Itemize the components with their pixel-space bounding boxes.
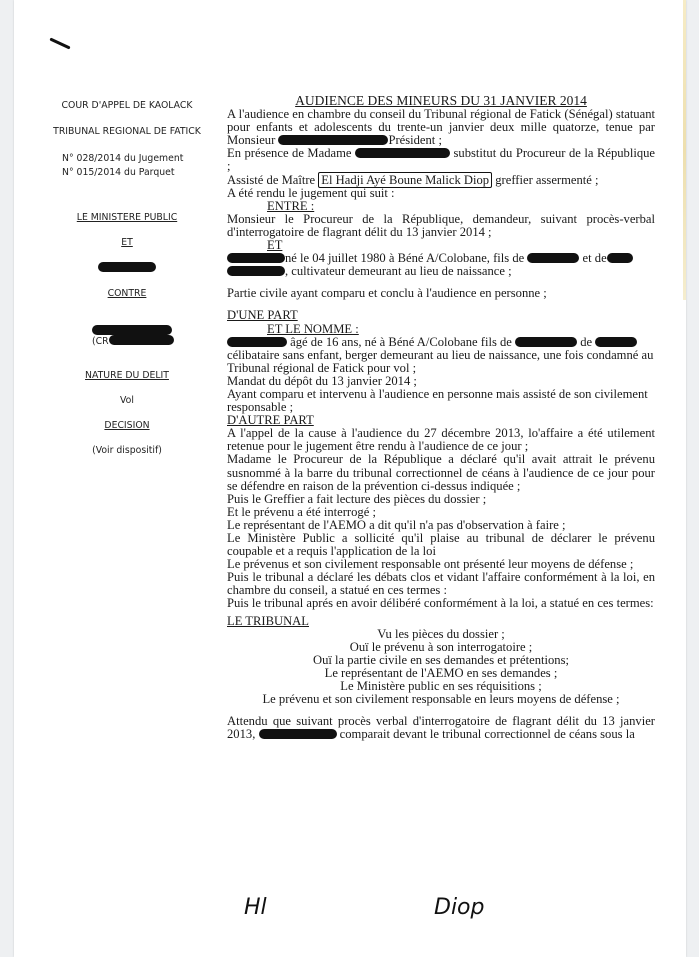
procedure-paragraph: Madame le Procureur de la République a d…	[227, 453, 655, 492]
document-page: COUR D'APPEL DE KAOLACK TRIBUNAL REGIONA…	[14, 0, 686, 957]
partie-civile-paragraph: né le 04 juillet 1980 à Béné A/Colobane,…	[227, 252, 655, 278]
prevenu-paragraph: âgé de 16 ans, né à Béné A/Colobane fils…	[227, 336, 655, 375]
redacted-defendant	[92, 325, 172, 335]
attendu-paragraph: Attendu que suivant procès verbal d'inte…	[227, 715, 655, 741]
procedure-paragraph: Puis le Greffier a fait lecture des pièc…	[227, 493, 655, 506]
consideration-line: Ouï le prévenu à son interrogatoire ;	[227, 641, 655, 654]
intro-paragraph: A l'audience en chambre du conseil du Tr…	[227, 108, 655, 147]
party-ministere-public: LE MINISTERE PUBLIC	[42, 212, 212, 223]
tribunal-considerations: Vu les pièces du dossier ;Ouï le prévenu…	[227, 628, 655, 707]
consideration-line: Vu les pièces du dossier ;	[227, 628, 655, 641]
entre-heading: ENTRE :	[227, 200, 655, 213]
decision-label: DECISION	[42, 420, 212, 431]
parquet-ref: N° 015/2014 du Parquet	[62, 166, 212, 180]
procedure-paragraph: Et le prévenu a été interrogé ;	[227, 506, 655, 519]
procedure-paragraph: Puis le tribunal aprés en avoir délibéré…	[227, 597, 655, 610]
case-sidebar: COUR D'APPEL DE KAOLACK TRIBUNAL REGIONA…	[42, 100, 212, 470]
jugement-ref: N° 028/2014 du Jugement	[62, 152, 212, 166]
procureur-paragraph: Monsieur le Procureur de la République, …	[227, 213, 655, 239]
signature-right: Diop	[434, 895, 484, 920]
decision-value: (Voir dispositif)	[42, 445, 212, 456]
greffier-paragraph: Assisté de Maître El Hadji Ayé Boune Mal…	[227, 174, 655, 187]
page-edge-stain	[683, 0, 686, 300]
procedure-paragraph: A l'appel de la cause à l'audience du 27…	[227, 427, 655, 453]
et-label: ET	[42, 237, 212, 248]
d-une-part: D'UNE PART	[227, 309, 655, 322]
comparu-paragraph: Ayant comparu et intervenu à l'audience …	[227, 388, 655, 414]
contre-label: CONTRE	[42, 288, 212, 299]
redacted-substitut	[355, 148, 450, 158]
pen-mark	[49, 37, 70, 49]
redacted-party	[98, 262, 156, 272]
procedure-paragraph: Le Ministère Public a sollicité qu'il pl…	[227, 532, 655, 558]
procedure-paragraphs: A l'appel de la cause à l'audience du 27…	[227, 427, 655, 610]
jugement-rendu: A été rendu le jugement qui suit :	[227, 187, 655, 200]
judgment-body: AUDIENCE DES MINEURS DU 31 JANVIER 2014 …	[227, 94, 655, 741]
mandat-depot: Mandat du dépôt du 13 janvier 2014 ;	[227, 375, 655, 388]
presence-paragraph: En présence de Madame substitut du Procu…	[227, 147, 655, 173]
redacted-cr	[109, 335, 174, 345]
procedure-paragraph: Puis le tribunal a déclaré les débats cl…	[227, 571, 655, 597]
consideration-line: Le prévenu et son civilement responsable…	[227, 693, 655, 706]
consideration-line: Ouï la partie civile en ses demandes et …	[227, 654, 655, 667]
document-title: AUDIENCE DES MINEURS DU 31 JANVIER 2014	[227, 94, 655, 107]
le-tribunal-heading: LE TRIBUNAL	[227, 615, 655, 628]
partie-civile-comparu: Partie civile ayant comparu et conclu à …	[227, 287, 655, 300]
nature-label: NATURE DU DELIT	[42, 370, 212, 381]
tribunal-name: TRIBUNAL REGIONAL DE FATICK	[42, 125, 212, 138]
nature-value: Vol	[42, 395, 212, 406]
redacted-president	[278, 135, 388, 145]
court-name: COUR D'APPEL DE KAOLACK	[42, 100, 212, 111]
signature-left: Hl	[244, 895, 267, 920]
cr-prefix: (CR	[92, 336, 109, 347]
